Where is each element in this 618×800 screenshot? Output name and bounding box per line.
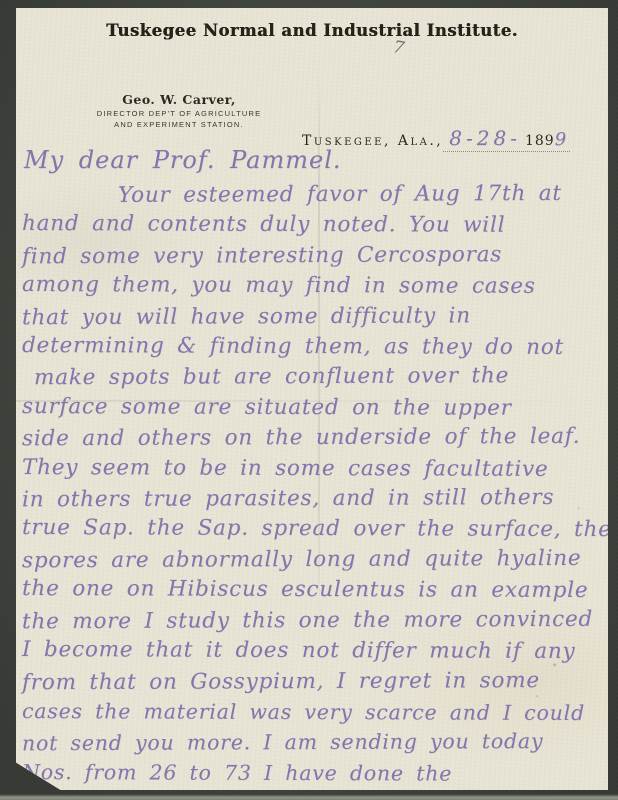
- handwritten-line: from that on Gossypium, I regret in some: [22, 665, 604, 698]
- sender-title-line2: AND EXPERIMENT STATION.: [94, 120, 264, 129]
- letterhead-title: Tuskegee Normal and Industrial Institute…: [16, 21, 608, 40]
- handwritten-line: the more I study this one the more convi…: [22, 604, 604, 637]
- letter-page: Tuskegee Normal and Industrial Institute…: [16, 8, 608, 790]
- handwritten-line: in others true parasites, and in still o…: [22, 483, 604, 516]
- scan-background: Tuskegee Normal and Industrial Institute…: [0, 0, 618, 800]
- handwritten-line: surface some are situated on the upper: [22, 392, 604, 424]
- handwritten-line: determining & finding them, as they do n…: [22, 331, 604, 363]
- handwritten-line: among them, you may find in some cases: [22, 270, 604, 302]
- handwritten-line: spores are abnormally long and quite hya…: [22, 544, 604, 577]
- handwritten-year-digit: 9: [555, 129, 566, 150]
- handwritten-line: that you will have some difficulty in: [22, 300, 604, 333]
- scan-mat-edge: [0, 794, 618, 800]
- handwritten-line: hand and contents duly noted. You will: [22, 209, 604, 241]
- letter-body: Your esteemed favor of Aug 17th athand a…: [22, 180, 604, 788]
- handwritten-line: find some very interesting Cercosporas: [22, 240, 604, 273]
- dateline: Tuskegee, Ala.,8-28- 1899: [302, 126, 602, 152]
- handwritten-line: Your esteemed favor of Aug 17th at: [22, 179, 604, 212]
- handwritten-line: the one on Hibiscus esculentus is an exa…: [22, 574, 604, 606]
- handwritten-line: cases the material was very scarce and I…: [22, 696, 604, 728]
- salutation: My dear Prof. Pammel.: [24, 146, 342, 174]
- pencil-mark: 7: [389, 38, 407, 59]
- handwritten-line: true Sap. the Sap. spread over the surfa…: [22, 513, 604, 545]
- sender-name: Geo. W. Carver,: [94, 92, 264, 107]
- handwritten-line: not send you more. I am sending you toda…: [22, 726, 604, 759]
- sender-title-line1: DIRECTOR DEP'T OF AGRICULTURE: [94, 109, 264, 118]
- sender-block: Geo. W. Carver, DIRECTOR DEP'T OF AGRICU…: [94, 92, 264, 129]
- handwritten-line: They seem to be in some cases facultativ…: [22, 453, 604, 485]
- dateline-date-zone: 8-28- 1899: [443, 126, 570, 152]
- handwritten-line: side and others on the underside of the …: [22, 422, 604, 455]
- printed-year: 189: [525, 133, 555, 149]
- handwritten-line: I become that it does not differ much if…: [22, 635, 604, 667]
- handwritten-line: make spots but are confluent over the: [22, 361, 604, 394]
- handwritten-line: Nos. from 26 to 73 I have done the: [22, 757, 604, 789]
- handwritten-date: 8-28-: [449, 126, 521, 150]
